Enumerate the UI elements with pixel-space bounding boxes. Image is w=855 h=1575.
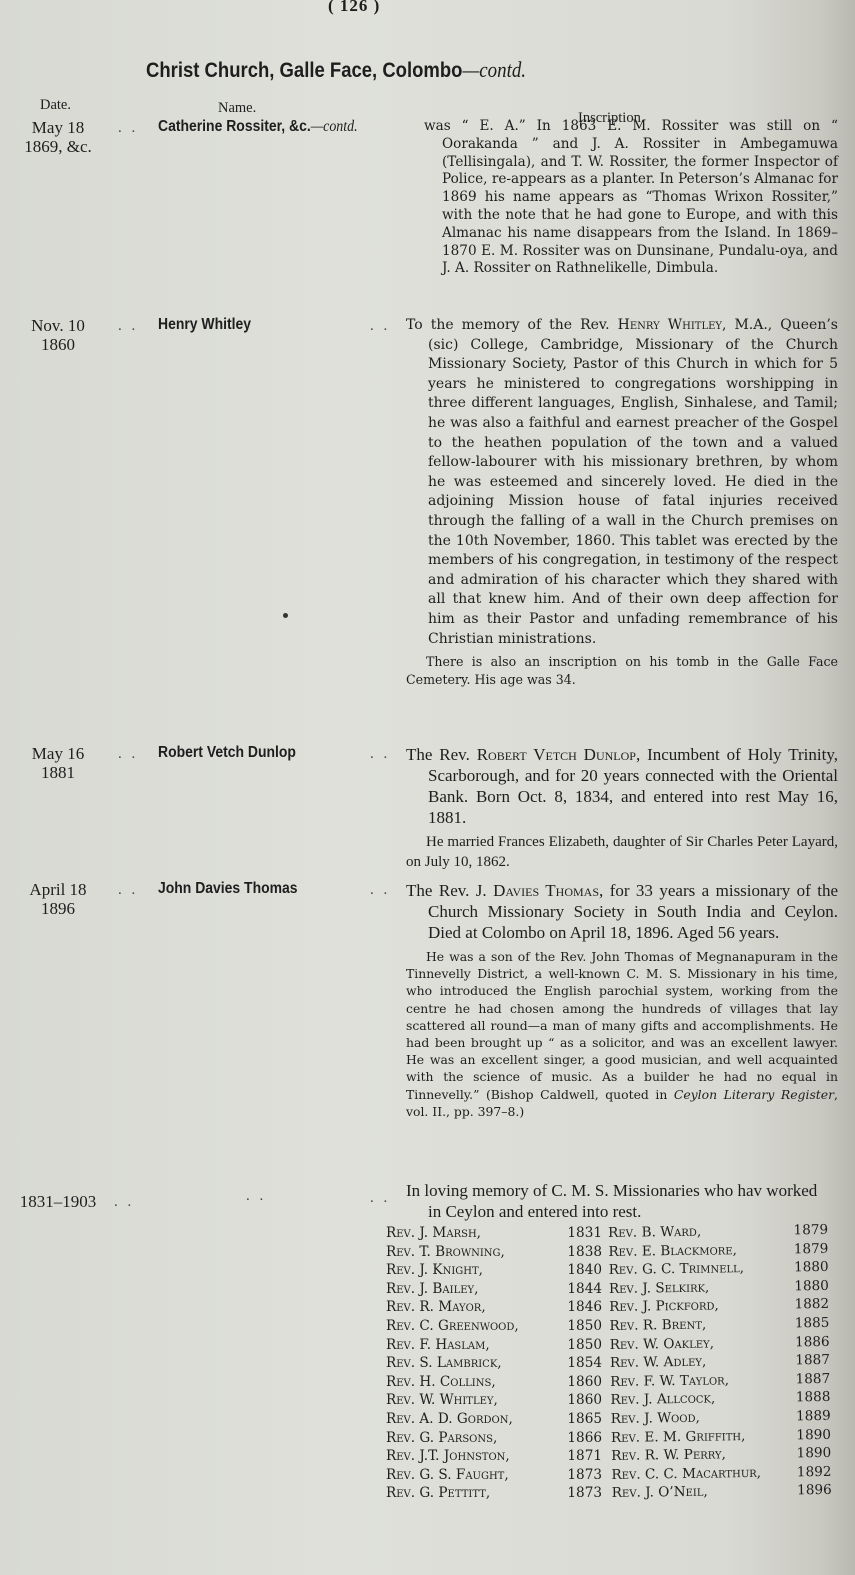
inscription-paragraph: To the memory of the Rev. Henry Whitley,… <box>406 316 838 649</box>
page-number: ( 126 ) <box>328 0 380 16</box>
missionary-row: Rev. J. Marsh,1831 <box>386 1224 608 1243</box>
inscription-body: , M.A., Queen’s (sic) College, Cambridge… <box>428 317 838 647</box>
missionary-year: 1890 <box>796 1425 843 1444</box>
leader-dots: . . <box>370 882 390 899</box>
column-header-name: Name. <box>218 100 256 117</box>
missionary-year: 1896 <box>797 1481 844 1500</box>
entry-name: John Davies Thomas <box>158 880 298 898</box>
entry-date: April 181896 <box>14 880 102 918</box>
missionary-row: Rev. A. D. Gordon,1865 <box>386 1410 608 1429</box>
missionary-name: Rev. G. Pettitt, <box>386 1484 490 1503</box>
missionary-name: Rev. E. Blackmore, <box>608 1241 737 1261</box>
name-suffix: —contd. <box>311 118 358 135</box>
missionary-year: 1850 <box>567 1336 608 1355</box>
entry-inscription: was “ E. A.” In 1863 E. M. Rossiter was … <box>424 118 838 278</box>
missionary-name: Rev. G. C. Trimnell, <box>609 1259 745 1279</box>
missionary-name: Rev. W. Adley, <box>610 1353 707 1373</box>
note-body: He was a son of the Rev. John Thomas of … <box>406 949 838 1102</box>
missionary-row: Rev. G. S. Faught,1873 <box>386 1466 608 1485</box>
missionary-year: 1880 <box>794 1258 841 1277</box>
leader-dots: . . <box>370 1190 390 1207</box>
entry-inscription: The Rev. Robert Vetch Dunlop, Incumbent … <box>406 744 838 872</box>
missionary-year: 1860 <box>567 1391 608 1410</box>
page-title: Christ Church, Galle Face, Colombo—contd… <box>146 57 526 83</box>
entry-inscription: In loving memory of C. M. S. Missionarie… <box>406 1180 826 1222</box>
entry-date: Nov. 101860 <box>14 316 102 354</box>
inscription-note: He married Frances Elizabeth, daughter o… <box>406 832 838 872</box>
missionaries-column-right: Rev. B. Ward,1879Rev. E. Blackmore,1879R… <box>608 1221 844 1503</box>
missionary-year: 1871 <box>567 1447 608 1466</box>
missionary-year: 1831 <box>567 1224 608 1243</box>
leader-dots: . . <box>370 746 390 763</box>
missionary-name: Rev. J. Allcock, <box>610 1390 715 1410</box>
entry-date: May 181869, &c. <box>14 118 102 156</box>
missionary-name: Rev. E. M. Griffith, <box>611 1427 746 1447</box>
entry-inscription: To the memory of the Rev. Henry Whitley,… <box>406 316 838 688</box>
inscription-name-caps: Henry Whitley <box>618 317 722 333</box>
missionary-row: Rev. J. Bailey,1844 <box>386 1280 608 1299</box>
missionary-year: 1873 <box>567 1484 608 1503</box>
note-citation-title: Ceylon Literary Register <box>674 1087 834 1102</box>
missionary-row: Rev. G. Parsons,1866 <box>386 1429 608 1448</box>
missionary-year: 1846 <box>567 1298 608 1317</box>
leader-dots: . . <box>246 1188 266 1205</box>
title-suffix: —contd. <box>462 57 526 82</box>
inscription-lead: The Rev. <box>406 745 477 764</box>
inscription-note: He was a son of the Rev. John Thomas of … <box>406 948 838 1120</box>
missionary-name: Rev. J. O’Neil, <box>612 1483 708 1503</box>
inscription-lead: The Rev. J. <box>406 881 493 900</box>
missionary-row: Rev. G. Pettitt,1873 <box>386 1484 608 1503</box>
missionary-row: Rev. H. Collins,1860 <box>386 1373 608 1392</box>
missionary-name: Rev. J. Wood, <box>611 1409 700 1429</box>
missionary-year: 1879 <box>794 1239 841 1258</box>
missionary-name: Rev. B. Ward, <box>608 1223 701 1243</box>
missionary-name: Rev. T. Browning, <box>386 1243 505 1262</box>
missionary-name: Rev. F. W. Taylor, <box>610 1371 729 1391</box>
missionary-name: Rev. J. Knight, <box>386 1261 483 1280</box>
missionary-name: Rev. J. Pickford, <box>609 1297 719 1317</box>
date-line: April 18 <box>14 880 102 899</box>
missionary-name: Rev. R. W. Perry, <box>611 1446 726 1466</box>
missionary-row: Rev. W. Whitley,1860 <box>386 1391 608 1410</box>
entry-inscription: The Rev. J. Davies Thomas, for 33 years … <box>406 880 838 1120</box>
missionary-name: Rev. G. Parsons, <box>386 1429 497 1448</box>
missionary-name: Rev. H. Collins, <box>386 1373 496 1392</box>
leader-dots: . . <box>114 1194 134 1211</box>
missionary-row: Rev. F. Haslam,1850 <box>386 1336 608 1355</box>
missionary-name: Rev. R. Mayor, <box>386 1298 486 1317</box>
missionary-row: Rev. S. Lambrick,1854 <box>386 1354 608 1373</box>
inscription-paragraph: In loving memory of C. M. S. Missionarie… <box>406 1180 826 1222</box>
missionary-year: 1873 <box>567 1466 608 1485</box>
inscription-lead: To the memory of the Rev. <box>406 317 618 333</box>
leader-dots: . . <box>118 318 138 335</box>
missionary-name: Rev. C. C. Macarthur, <box>611 1464 761 1485</box>
missionary-name: Rev. C. Greenwood, <box>386 1317 519 1336</box>
missionary-name: Rev. W. Whitley, <box>386 1391 498 1410</box>
name-text: Catherine Rossiter, &c. <box>158 118 311 135</box>
missionary-year: 1887 <box>795 1351 842 1370</box>
entry-name: Henry Whitley <box>158 316 251 334</box>
inscription-paragraph: was “ E. A.” In 1863 E. M. Rossiter was … <box>424 118 838 278</box>
leader-dots: . . <box>118 120 138 137</box>
missionary-name: Rev. F. Haslam, <box>386 1336 490 1355</box>
missionary-year: 1880 <box>794 1277 841 1296</box>
date-line: May 18 <box>14 118 102 137</box>
missionary-name: Rev. G. S. Faught, <box>386 1466 509 1485</box>
leader-dots: . . <box>370 318 390 335</box>
missionary-name: Rev. J. Bailey, <box>386 1280 478 1299</box>
title-text: Christ Church, Galle Face, Colombo <box>146 58 462 82</box>
date-line: 1896 <box>14 899 102 918</box>
missionary-row: Rev. C. Greenwood,1850 <box>386 1317 608 1336</box>
inscription-paragraph: The Rev. Robert Vetch Dunlop, Incumbent … <box>406 744 838 828</box>
missionary-year: 1866 <box>567 1429 608 1448</box>
entry-name: Catherine Rossiter, &c.—contd. <box>158 118 358 136</box>
missionary-year: 1889 <box>796 1407 843 1426</box>
entry-date: May 161881 <box>14 744 102 782</box>
missionary-year: 1890 <box>796 1444 843 1463</box>
missionaries-list: Rev. J. Marsh,1831Rev. T. Browning,1838R… <box>386 1224 840 1503</box>
inscription-name-caps: Robert Vetch Dunlop <box>477 745 636 764</box>
missionary-row: Rev. J. O’Neil,1896 <box>612 1481 844 1503</box>
leader-dots: . . <box>118 882 138 899</box>
missionaries-column-left: Rev. J. Marsh,1831Rev. T. Browning,1838R… <box>386 1224 608 1503</box>
missionary-name: Rev. A. D. Gordon, <box>386 1410 513 1429</box>
date-line: Nov. 10 <box>14 316 102 335</box>
missionary-year: 1879 <box>793 1221 840 1240</box>
missionary-year: 1838 <box>567 1243 608 1262</box>
missionary-year: 1882 <box>794 1295 841 1314</box>
inscription-note: There is also an inscription on his tomb… <box>406 653 838 688</box>
missionary-year: 1865 <box>567 1410 608 1429</box>
paper-speck <box>283 613 288 618</box>
inscription-paragraph: The Rev. J. Davies Thomas, for 33 years … <box>406 880 838 943</box>
missionary-year: 1850 <box>567 1317 608 1336</box>
inscription-name-caps: Davies Thomas <box>493 881 599 900</box>
missionary-name: Rev. S. Lambrick, <box>386 1354 502 1373</box>
date-line: 1881 <box>14 763 102 782</box>
missionary-row: Rev. R. Mayor,1846 <box>386 1298 608 1317</box>
missionary-year: 1886 <box>795 1332 842 1351</box>
missionary-year: 1860 <box>567 1373 608 1392</box>
missionary-name: Rev. R. Brent, <box>609 1316 706 1336</box>
missionary-name: Rev. J. Selkirk, <box>609 1278 710 1298</box>
column-header-date: Date. <box>40 97 71 114</box>
missionary-year: 1887 <box>795 1369 842 1388</box>
missionary-name: Rev. J.T. Johnston, <box>386 1447 510 1466</box>
missionary-year: 1888 <box>796 1388 843 1407</box>
missionary-year: 1885 <box>795 1314 842 1333</box>
missionary-row: Rev. T. Browning,1838 <box>386 1243 608 1262</box>
missionary-name: Rev. J. Marsh, <box>386 1224 481 1243</box>
missionary-year: 1840 <box>567 1261 608 1280</box>
entry-date: 1831–1903 <box>10 1192 106 1211</box>
missionary-name: Rev. W. Oakley, <box>610 1334 715 1354</box>
date-line: 1869, &c. <box>14 137 102 156</box>
missionary-year: 1844 <box>567 1280 608 1299</box>
entry-name: Robert Vetch Dunlop <box>158 744 296 762</box>
date-line: May 16 <box>14 744 102 763</box>
missionary-row: Rev. J. Knight,1840 <box>386 1261 608 1280</box>
missionary-row: Rev. J.T. Johnston,1871 <box>386 1447 608 1466</box>
date-line: 1860 <box>14 335 102 354</box>
missionary-year: 1854 <box>567 1354 608 1373</box>
leader-dots: . . <box>118 746 138 763</box>
missionary-year: 1892 <box>797 1462 844 1481</box>
